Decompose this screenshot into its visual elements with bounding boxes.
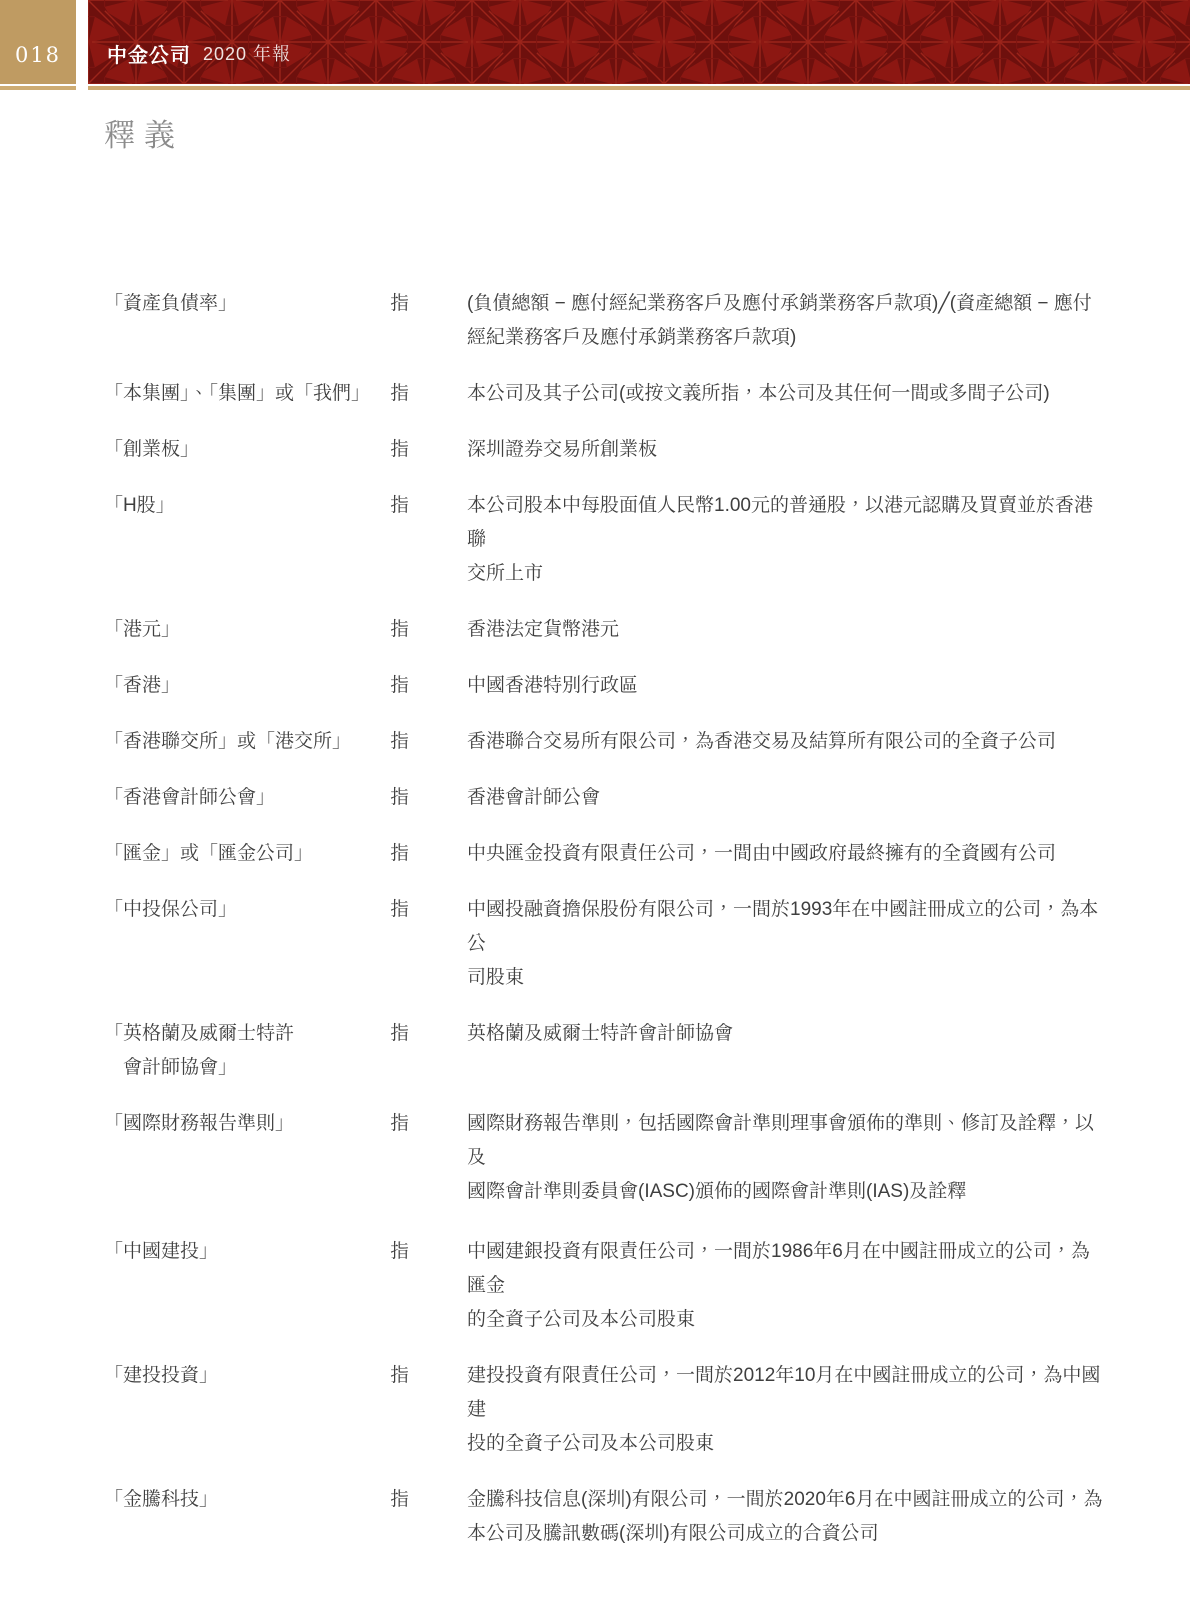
- glossary-means-label: 指: [390, 287, 467, 355]
- glossary-means-label: 指: [390, 837, 467, 871]
- glossary-term: 「香港會計師公會」: [104, 781, 390, 815]
- glossary-definition: 金騰科技信息(深圳)有限公司，一間於2020年6月在中國註冊成立的公司，為 本公…: [467, 1483, 1106, 1551]
- page-number: 018: [15, 43, 61, 67]
- glossary-entry: 「香港會計師公會」 指 香港會計師公會: [104, 781, 1106, 815]
- divider-gap: [76, 86, 88, 90]
- glossary-term: 「中國建投」: [104, 1235, 390, 1337]
- glossary-term: 「金騰科技」: [104, 1483, 390, 1551]
- page-header: 018: [0, 0, 1190, 92]
- glossary-entry: 「創業板」 指 深圳證券交易所創業板: [104, 433, 1106, 467]
- page-body: 釋義 「資產負債率」 指 (負債總額 − 應付經紀業務客戶及應付承銷業務客戶款項…: [104, 90, 1106, 1573]
- glossary-means-label: 指: [390, 1107, 467, 1209]
- glossary-term: 「資產負債率」: [104, 287, 390, 355]
- page-number-box: 018: [0, 0, 76, 84]
- glossary-means-label: 指: [390, 1483, 467, 1551]
- glossary-means-label: 指: [390, 1017, 467, 1085]
- glossary-term: 「本集團」、「集團」或「我們」: [104, 377, 390, 411]
- glossary-term: 「香港聯交所」或「港交所」: [104, 725, 390, 759]
- glossary-means-label: 指: [390, 669, 467, 703]
- glossary-means-label: 指: [390, 613, 467, 647]
- glossary-entry: 「中國建投」 指 中國建銀投資有限責任公司，一間於1986年6月在中國註冊成立的…: [104, 1235, 1106, 1337]
- glossary-definition: 本公司股本中每股面值人民幣1.00元的普通股，以港元認購及買賣並於香港聯 交所上…: [467, 489, 1106, 591]
- glossary-means-label: 指: [390, 1359, 467, 1461]
- report-edition: 2020 年報: [203, 40, 291, 66]
- glossary-definition: 香港會計師公會: [467, 781, 1106, 815]
- glossary-definition: 深圳證券交易所創業板: [467, 433, 1106, 467]
- glossary-entry: 「國際財務報告準則」 指 國際財務報告準則，包括國際會計準則理事會頒佈的準則、修…: [104, 1107, 1106, 1209]
- glossary-means-label: 指: [390, 781, 467, 815]
- glossary-term: 「英格蘭及威爾士特許 會計師協會」: [104, 1017, 390, 1085]
- glossary-term: 「創業板」: [104, 433, 390, 467]
- glossary-term: 「匯金」或「匯金公司」: [104, 837, 390, 871]
- brand-banner: 中金公司 2020 年報: [88, 0, 1190, 84]
- glossary-definition: 香港法定貨幣港元: [467, 613, 1106, 647]
- glossary-entry: 「H股」 指 本公司股本中每股面值人民幣1.00元的普通股，以港元認購及買賣並於…: [104, 489, 1106, 591]
- glossary-definition: 本公司及其子公司(或按文義所指，本公司及其任何一間或多間子公司): [467, 377, 1106, 411]
- glossary-term: 「國際財務報告準則」: [104, 1107, 390, 1209]
- glossary-means-label: 指: [390, 893, 467, 995]
- glossary-entry: 「金騰科技」 指 金騰科技信息(深圳)有限公司，一間於2020年6月在中國註冊成…: [104, 1483, 1106, 1551]
- glossary-definition: 中國投融資擔保股份有限公司，一間於1993年在中國註冊成立的公司，為本公 司股東: [467, 893, 1106, 995]
- glossary-entry: 「香港」 指 中國香港特別行政區: [104, 669, 1106, 703]
- glossary-means-label: 指: [390, 377, 467, 411]
- glossary-definition: 國際財務報告準則，包括國際會計準則理事會頒佈的準則、修訂及詮釋，以及 國際會計準…: [467, 1107, 1106, 1209]
- glossary-definition: 香港聯合交易所有限公司，為香港交易及結算所有限公司的全資子公司: [467, 725, 1106, 759]
- glossary-entry: 「中投保公司」 指 中國投融資擔保股份有限公司，一間於1993年在中國註冊成立的…: [104, 893, 1106, 995]
- glossary-definition: 建投投資有限責任公司，一間於2012年10月在中國註冊成立的公司，為中國建 投的…: [467, 1359, 1106, 1461]
- glossary-entry: 「建投投資」 指 建投投資有限責任公司，一間於2012年10月在中國註冊成立的公…: [104, 1359, 1106, 1461]
- glossary-definition: 中央匯金投資有限責任公司，一間由中國政府最終擁有的全資國有公司: [467, 837, 1106, 871]
- glossary-entry: 「資產負債率」 指 (負債總額 − 應付經紀業務客戶及應付承銷業務客戶款項)╱(…: [104, 287, 1106, 355]
- glossary-list: 「資產負債率」 指 (負債總額 − 應付經紀業務客戶及應付承銷業務客戶款項)╱(…: [104, 287, 1106, 1551]
- glossary-definition: (負債總額 − 應付經紀業務客戶及應付承銷業務客戶款項)╱(資產總額 − 應付 …: [467, 287, 1106, 355]
- glossary-definition: 中國香港特別行政區: [467, 669, 1106, 703]
- glossary-means-label: 指: [390, 433, 467, 467]
- glossary-term: 「中投保公司」: [104, 893, 390, 995]
- glossary-means-label: 指: [390, 725, 467, 759]
- glossary-term: 「H股」: [104, 489, 390, 591]
- glossary-means-label: 指: [390, 489, 467, 591]
- company-name: 中金公司: [107, 39, 191, 68]
- glossary-definition: 中國建銀投資有限責任公司，一間於1986年6月在中國註冊成立的公司，為匯金 的全…: [467, 1235, 1106, 1337]
- glossary-term: 「香港」: [104, 669, 390, 703]
- glossary-entry: 「香港聯交所」或「港交所」 指 香港聯合交易所有限公司，為香港交易及結算所有限公…: [104, 725, 1106, 759]
- page-title: 釋義: [104, 110, 1106, 155]
- glossary-term: 「港元」: [104, 613, 390, 647]
- glossary-means-label: 指: [390, 1235, 467, 1337]
- glossary-entry: 「港元」 指 香港法定貨幣港元: [104, 613, 1106, 647]
- glossary-definition: 英格蘭及威爾士特許會計師協會: [467, 1017, 1106, 1085]
- divider-left-segment: [0, 86, 76, 90]
- glossary-entry: 「匯金」或「匯金公司」 指 中央匯金投資有限責任公司，一間由中國政府最終擁有的全…: [104, 837, 1106, 871]
- glossary-term: 「建投投資」: [104, 1359, 390, 1461]
- glossary-entry: 「本集團」、「集團」或「我們」 指 本公司及其子公司(或按文義所指，本公司及其任…: [104, 377, 1106, 411]
- glossary-entry: 「英格蘭及威爾士特許 會計師協會」 指 英格蘭及威爾士特許會計師協會: [104, 1017, 1106, 1085]
- banner-text: 中金公司 2020 年報: [107, 0, 291, 84]
